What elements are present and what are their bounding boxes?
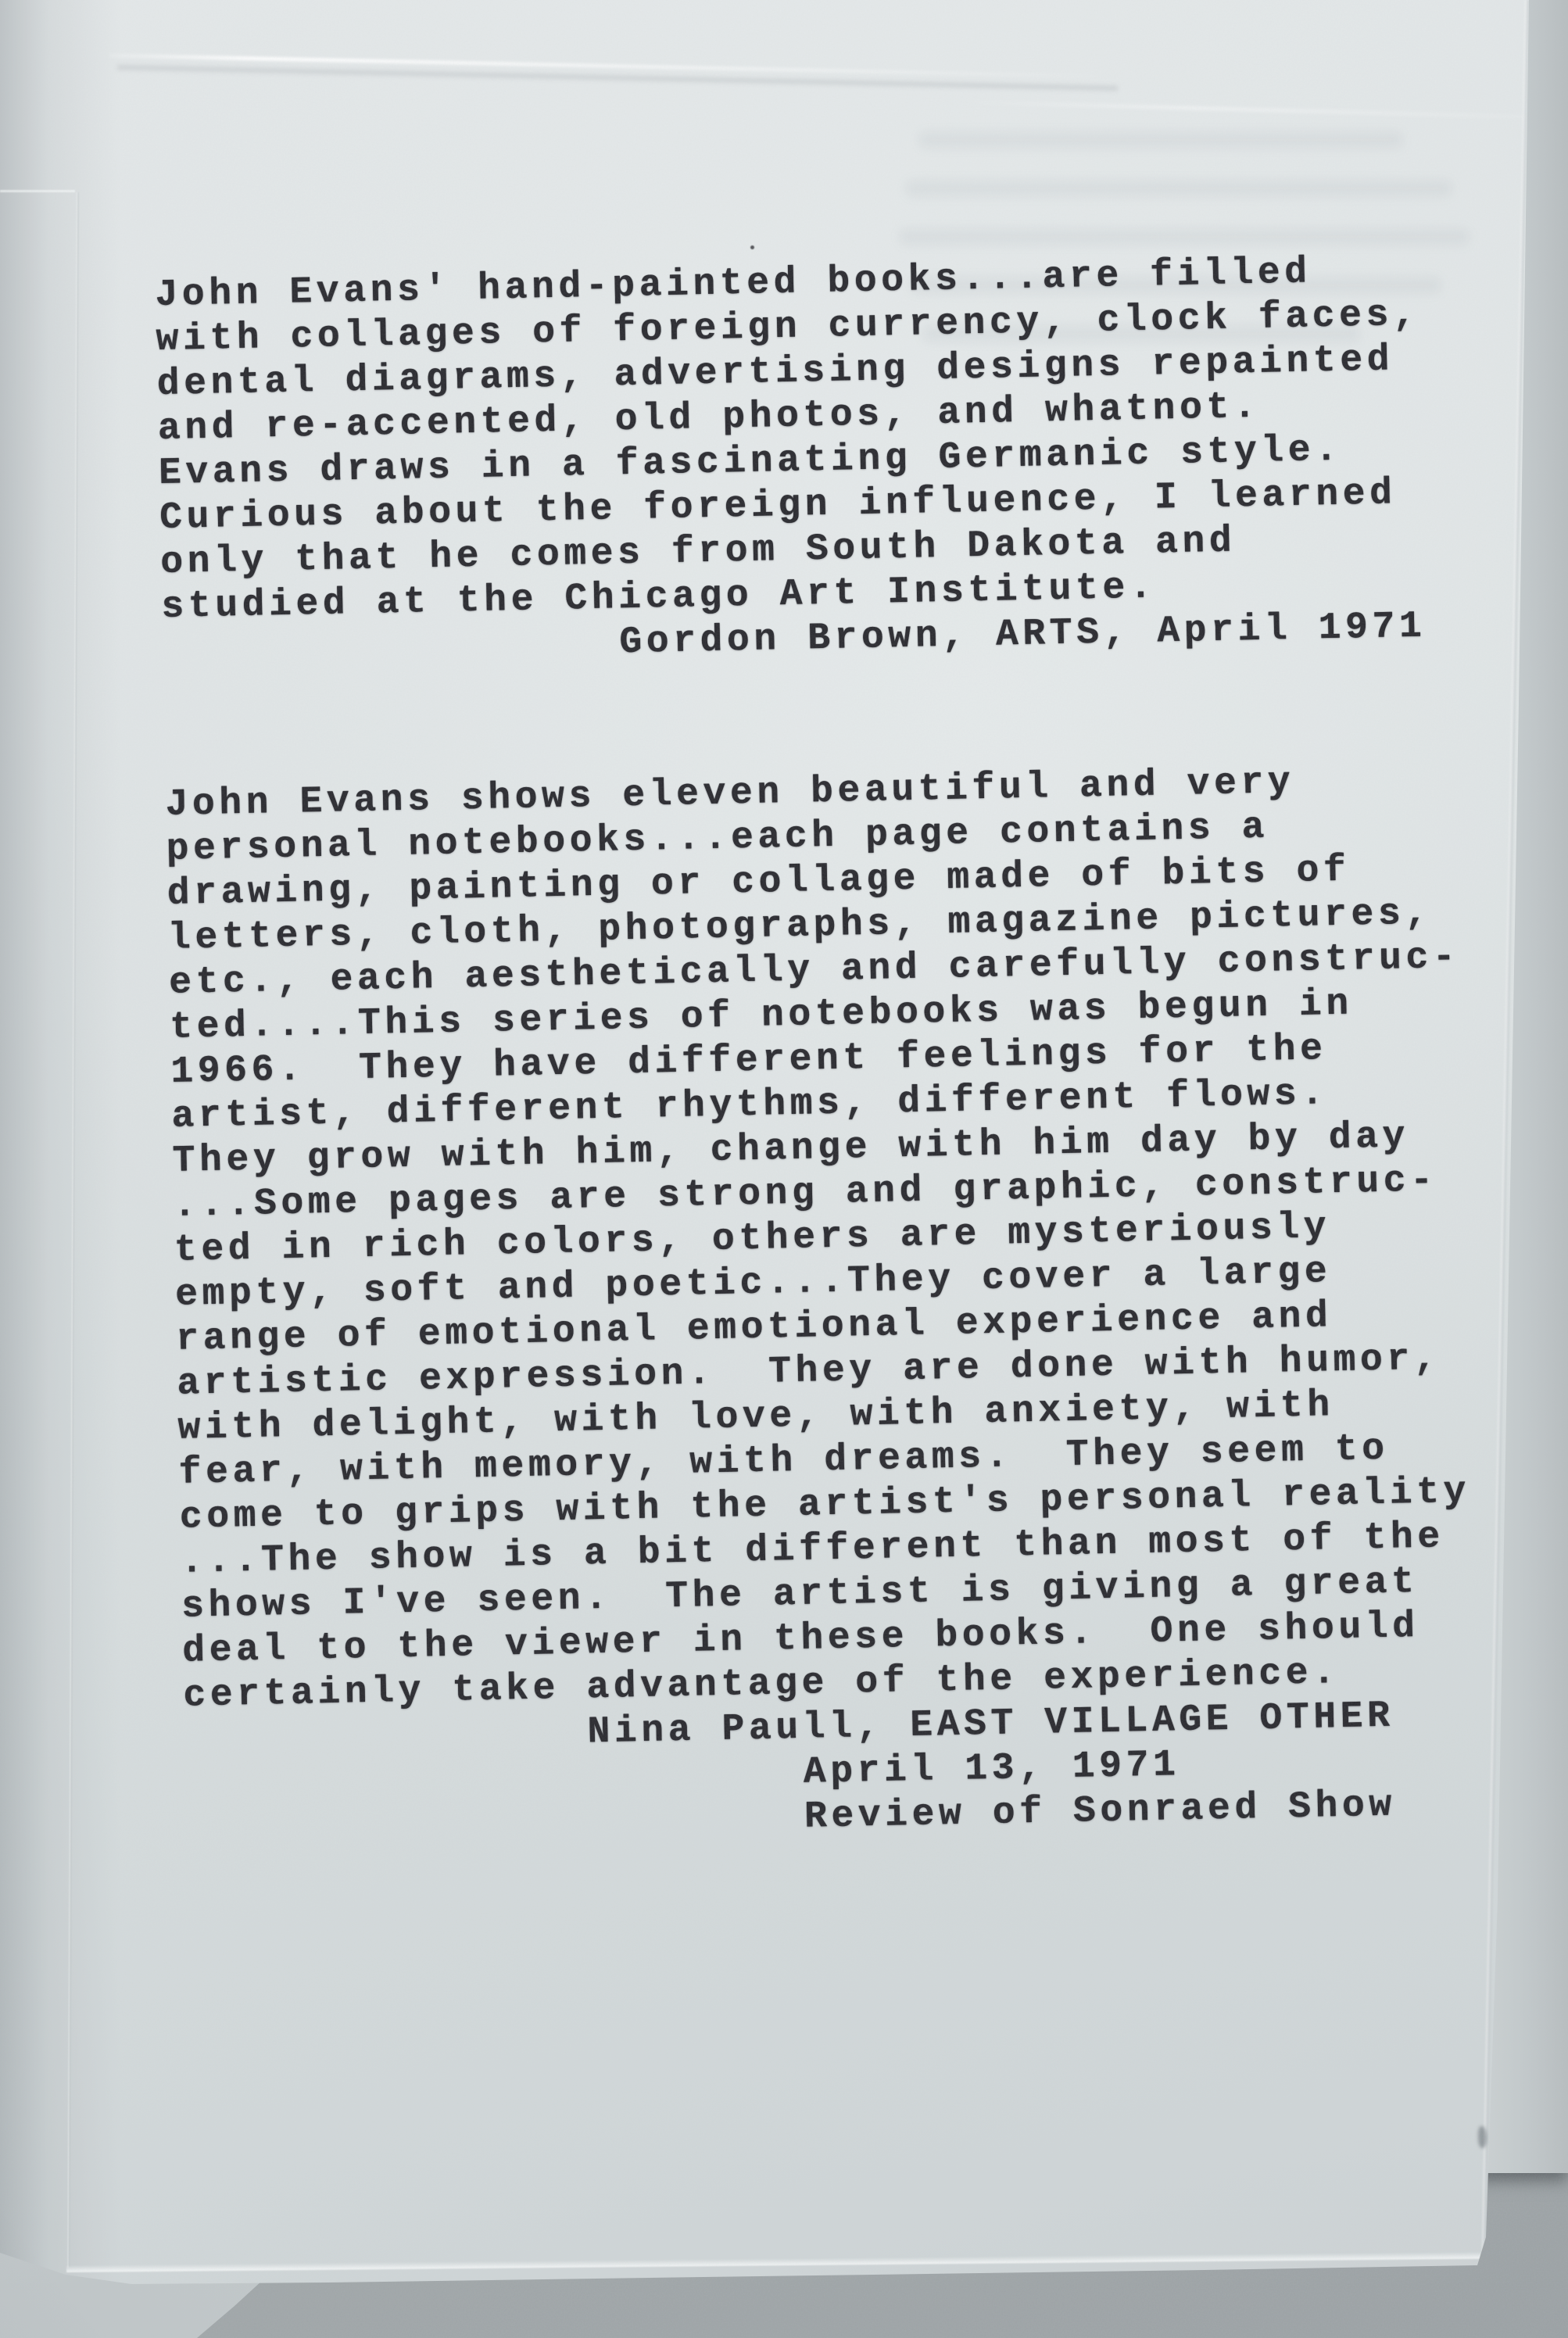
quote-gordon-brown: John Evans' hand-painted books...are fil… bbox=[155, 249, 1427, 675]
typewritten-text-layer: John Evans' hand-painted books...are fil… bbox=[0, 0, 1568, 2338]
booklet-page: John Evans' hand-painted books...are fil… bbox=[0, 0, 1568, 2338]
quote-nina-paull: John Evans shows eleven beautiful and ve… bbox=[165, 757, 1477, 1853]
